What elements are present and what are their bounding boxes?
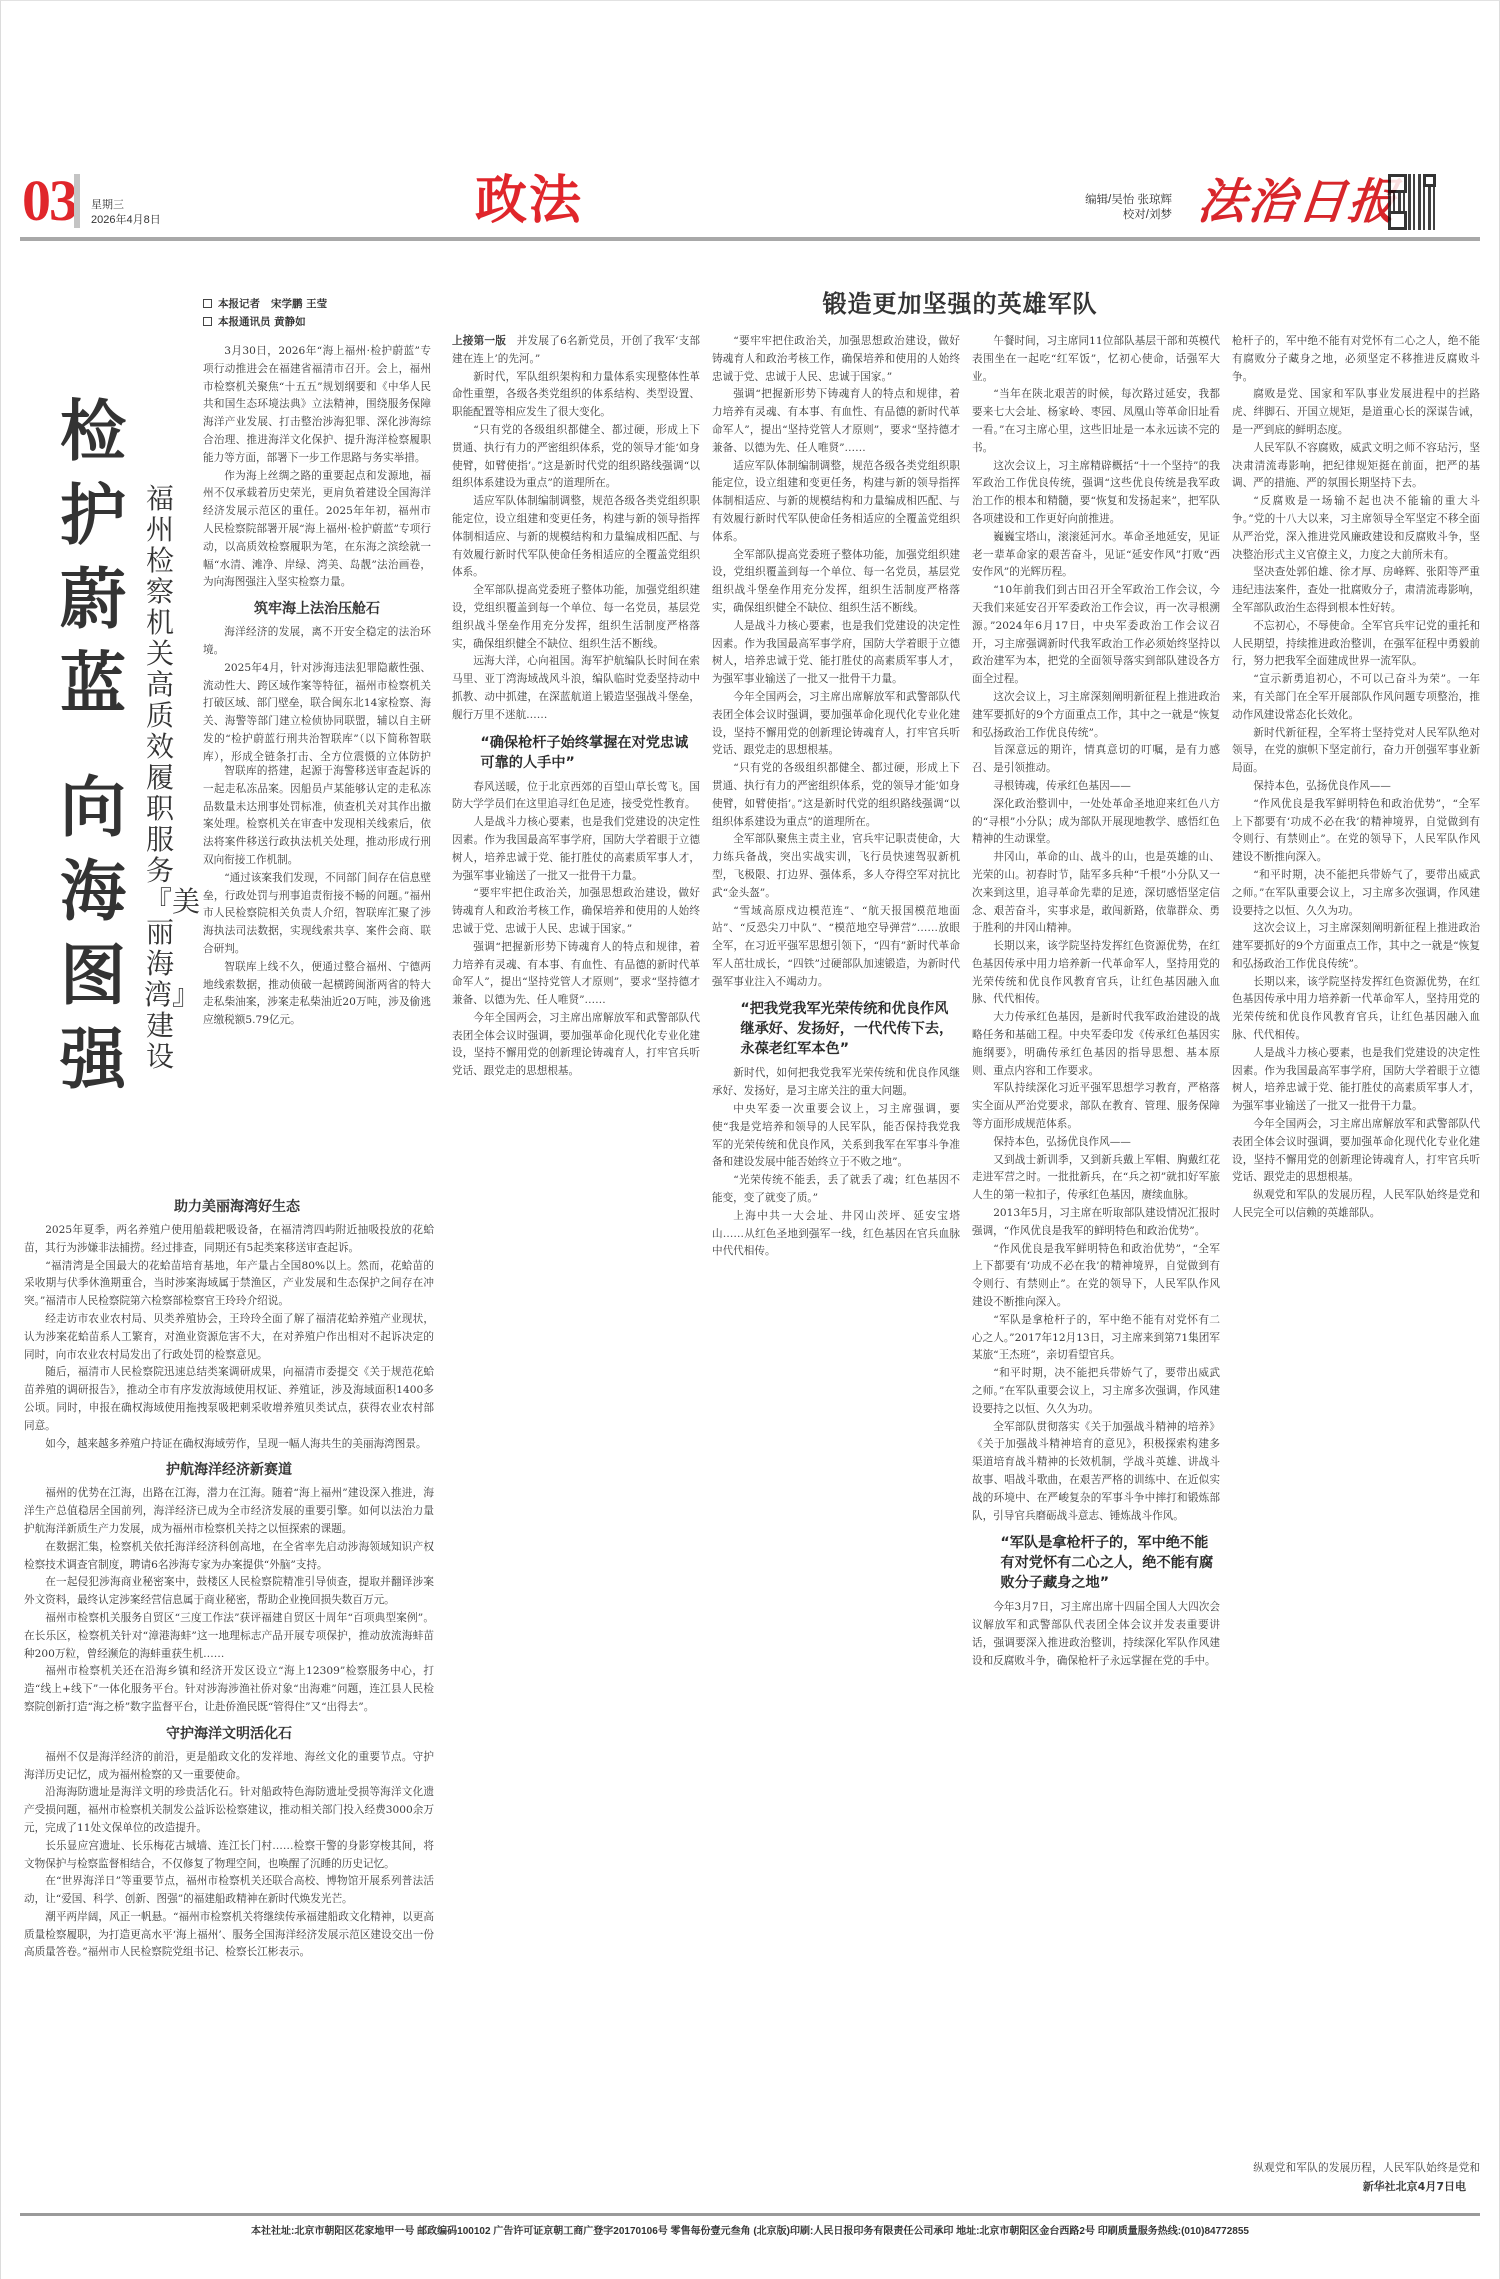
feature-column-1b: 智联库的搭建，起源于海警移送审查起诉的一起走私冻品案。因船员卢某能够认定的走私冻…	[203, 763, 431, 1183]
paragraph: 3月30日，2026年“海上福州·检护蔚蓝”专项行动推进会在福建省福清市召开。会…	[203, 343, 431, 468]
paragraph: 远海大洋，心向祖国。海军护航编队长时间在索马里、亚丁湾海域战风斗浪，编队临时党委…	[452, 653, 700, 724]
paragraph: 军队持续深化习近平强军思想学习教育，严格落实全面从严治党要求，部队在教育、管理、…	[972, 1080, 1220, 1133]
paragraph: 寻根铸魂，传承红色基因——	[972, 778, 1220, 796]
issue-date: 2026年4月8日	[91, 211, 161, 227]
imprint-footer: 本社社址:北京市朝阳区花家地甲一号 邮政编码100102 广告许可证京朝工商广登…	[20, 2222, 1480, 2237]
subhead: 守护海洋文明活化石	[24, 1721, 434, 1747]
subhead: “确保枪杆子始终掌握在对党忠诚可靠的人手中”	[452, 733, 700, 773]
paragraph: 沿海海防遗址是海洋文明的珍贵活化石。针对船政特色海防遗址受损等海洋文化遗产受损问…	[24, 1784, 434, 1837]
paragraph: 经走访市农业农村局、贝类养殖协会，王玲玲全面了解了福清花蛤养殖产业现状，认为涉案…	[24, 1311, 434, 1364]
paragraph: “军队是拿枪杆子的，军中绝不能有对党怀有二心之人。”2017年12月13日，习主…	[972, 1312, 1220, 1365]
paragraph: 福州不仅是海洋经济的前沿，更是船政文化的发祥地、海丝文化的重要节点。守护海洋历史…	[24, 1749, 434, 1785]
page-number: 03	[22, 172, 76, 230]
square-bullet-icon	[203, 317, 212, 326]
main-column-3: 午餐时间，习主席同11位部队基层干部和英模代表围坐在一起吃“红军饭”，忆初心使命…	[972, 333, 1220, 2203]
feature-headline: 检 护 蔚 蓝 向 海 图 强	[58, 390, 128, 1102]
paragraph: “和平时期，决不能把兵带娇气了，要带出威武之师。”在军队重要会议上，习主席多次强…	[972, 1365, 1220, 1418]
editors: 编辑/吴怡 张琼辉	[1032, 193, 1172, 208]
paragraph: 坚决查处郭伯雄、徐才厚、房峰辉、张阳等严重违纪违法案件，查处一批腐败分子，肃清流…	[1232, 564, 1480, 617]
paragraph: 福州的优势在江海，出路在江海，潜力在江海。随着“海上福州”建设深入推进，海洋生产…	[24, 1485, 434, 1538]
paragraph: 在“世界海洋日”等重要节点，福州市检察机关还联合高校、博物馆开展系列普法活动，让…	[24, 1873, 434, 1909]
paragraph: 长乐显应宫遗址、长乐梅花古城墙、连江长门村……检察干警的身影穿梭其间，将文物保护…	[24, 1838, 434, 1874]
subhead: 护航海洋经济新赛道	[24, 1457, 434, 1483]
paragraph: 春风送暖，位于北京西郊的百望山草长莺飞。国防大学学员们在这里追寻红色足迹，接受党…	[452, 779, 700, 815]
paragraph: 纵观党和军队的发展历程，人民军队始终是党和人民完全可以信赖的英雄部队。	[1232, 1187, 1480, 1223]
page-number-divider	[74, 174, 80, 228]
main-column-4-end: 纵观党和军队的发展历程，人民军队始终是党和人民完全可以信赖的英雄部队。 新华社北…	[1232, 2160, 1480, 2206]
paragraph: 纵观党和军队的发展历程，人民军队始终是党和人民完全可以信赖的英雄部队。	[1232, 2160, 1480, 2178]
paragraph: “和平时期，决不能把兵带娇气了，要带出威武之师。”在军队重要会议上，习主席多次强…	[1232, 867, 1480, 920]
main-column-4: 枪杆子的，军中绝不能有对党怀有二心之人，绝不能有腐败分子藏身之地，必须坚定不移推…	[1232, 333, 1480, 2203]
paragraph: 2025年4月，针对涉海违法犯罪隐蔽性强、流动性大、跨区域作案等特征，福州市检察…	[203, 660, 431, 763]
paragraph: 旨深意远的期许，情真意切的叮嘱，是有力感召、是引领推动。	[972, 742, 1220, 778]
paragraph: 这次会议上，习主席深刻阐明新征程上推进政治建军要抓好的9个方面重点工作，其中之一…	[1232, 920, 1480, 973]
paragraph: 新时代，如何把我党我军光荣传统和优良作风继承好、发扬好，是习主席关注的重大问题。	[712, 1065, 960, 1101]
paragraph: 人是战斗力核心要素，也是我们党建设的决定性因素。作为我国最高军事学府，国防大学着…	[1232, 1045, 1480, 1116]
headline-char: 强	[58, 1018, 128, 1102]
paragraph: 午餐时间，习主席同11位部队基层干部和英模代表围坐在一起吃“红军饭”，忆初心使命…	[972, 333, 1220, 386]
headline-char: 海	[58, 850, 128, 934]
paragraph: “当年在陕北艰苦的时候，每次路过延安，我都要来七大会址、杨家岭、枣园、凤凰山等革…	[972, 386, 1220, 457]
subhead: “军队是拿枪杆子的，军中绝不能有对党怀有二心之人，绝不能有腐败分子藏身之地”	[972, 1533, 1220, 1593]
paragraph: 全军部队提高党委班子整体功能，加强党组织建设，党组织覆盖到每一个单位、每一名党员…	[452, 582, 700, 653]
feature-column-2: 助力美丽海湾好生态 2025年夏季，两名养殖户使用船载耙吸设备，在福清湾四屿附近…	[24, 1190, 434, 2205]
paragraph: 上接第一版 并发展了6名新党员，开创了我军‘支部建在连上’的先河。”	[452, 333, 700, 369]
paragraph: “作风优良是我军鲜明特色和政治优势”，“全军上下都要有‘功成不必在我’的精神境界…	[1232, 796, 1480, 867]
paragraph: “作风优良是我军鲜明特色和政治优势”，“全军上下都要有‘功成不必在我’的精神境界…	[972, 1241, 1220, 1312]
paragraph: 深化政治整训中，一处处革命圣地迎来红色八方的“寻根”小分队；成为部队开展现地教学…	[972, 796, 1220, 849]
square-bullet-icon	[203, 299, 212, 308]
paragraph: 海洋经济的发展，离不开安全稳定的法治环境。	[203, 624, 431, 660]
paragraph: “要牢牢把住政治关，加强思想政治建设，做好铸魂育人和政治考核工作，确保培养和使用…	[712, 333, 960, 386]
byline-reporter: 本报记者 宋学鹏 王莹	[203, 295, 327, 313]
paragraph: “10年前我们到古田召开全军政治工作会议，今天我们来延安召开军委政治工作会议，再…	[972, 582, 1220, 689]
headline-char: 图	[58, 934, 128, 1018]
paragraph: 腐败是党、国家和军队事业发展进程中的拦路虎、绊脚石、开国立规矩，是道重心长的深谋…	[1232, 386, 1480, 439]
paragraph: 不忘初心，不辱使命。全军官兵牢记党的重托和人民期望，持续推进政治整训，在强军征程…	[1232, 618, 1480, 671]
paragraph: 上海中共一大会址、井冈山茨坪、延安宝塔山……从红色圣地到强军一线，红色基因在官兵…	[712, 1208, 960, 1261]
paragraph: 人是战斗力核心要素，也是我们党建设的决定性因素。作为我国最高军事学府，国防大学着…	[452, 814, 700, 885]
paragraph: 随后，福清市人民检察院迅速总结类案调研成果，向福清市委提交《关于规范花蛤苗养殖的…	[24, 1364, 434, 1435]
main-column-1: 上接第一版 并发展了6名新党员，开创了我军‘支部建在连上’的先河。” 新时代，军…	[452, 333, 700, 2203]
paragraph: “福清湾是全国最大的花蛤苗培育基地，年产量占全国80%以上。然而，花蛤苗的采收期…	[24, 1258, 434, 1311]
paragraph: 智联库上线不久，便通过整合福州、宁德两地线索数据，推动侦破一起横跨闽浙两省的特大…	[203, 959, 431, 1030]
paragraph: 新时代新征程，全军将士坚持党对人民军队绝对领导，在党的旗帜下坚定前行，奋力开创强…	[1232, 725, 1480, 778]
paragraph: 智联库的搭建，起源于海警移送审查起诉的一起走私冻品案。因船员卢某能够认定的走私冻…	[203, 763, 431, 870]
paragraph: 在一起侵犯涉海商业秘密案中，鼓楼区人民检察院精准引导侦查，提取并翻译涉案外文资料…	[24, 1574, 434, 1610]
masthead-rule	[20, 237, 1480, 241]
editor-credits: 编辑/吴怡 张琼辉 校对/刘梦	[1032, 193, 1172, 223]
paragraph: 今年3月7日，习主席出席十四届全国人大四次会议解放军和武警部队代表团全体会议并发…	[972, 1599, 1220, 1670]
paragraph: 全军部队聚焦主责主业，官兵牢记职责使命，大力练兵备战，突出实战实训，飞行员快速驾…	[712, 831, 960, 902]
paragraph: 福州市检察机关服务自贸区“三度工作法”获评福建自贸区十周年“百项典型案例”。在长…	[24, 1610, 434, 1663]
paragraph: 潮平两岸阔，风正一帆悬。“福州市检察机关将继续传承福建船政文化精神，以更高质量检…	[24, 1909, 434, 1962]
paragraph: “要牢牢把住政治关，加强思想政治建设，做好铸魂育人和政治考核工作，确保培养和使用…	[452, 885, 700, 938]
main-column-2: “要牢牢把住政治关，加强思想政治建设，做好铸魂育人和政治考核工作，确保培养和使用…	[712, 333, 960, 2203]
subhead: 筑牢海上法治压舱石	[203, 596, 431, 622]
headline-char: 向	[58, 766, 128, 850]
paragraph: 作为海上丝绸之路的重要起点和发源地，福州不仅承载着历史荣光，更肩负着建设全国海洋…	[203, 468, 431, 593]
main-headline: 锻造更加坚强的英雄军队	[440, 284, 1480, 324]
paragraph: “宣示新勇追初心，不可以己奋斗为荣”。一年来，有关部门在全军开展部队作风问题专项…	[1232, 671, 1480, 724]
paragraph: 又到战士新训季，又到新兵戴上军帽、胸戴红花走进军营之时。一批批新兵，在“兵之初”…	[972, 1152, 1220, 1205]
paragraph: 这次会议上，习主席深刻阐明新征程上推进政治建军要抓好的9个方面重点工作，其中之一…	[972, 689, 1220, 742]
paragraph: 中央军委一次重要会议上，习主席强调，要使“我是党培养和领导的人民军队，能否保持我…	[712, 1101, 960, 1172]
paragraph: 适应军队体制编制调整，规范各级各类党组织职能定位，设立组建和变更任务，构建与新的…	[712, 458, 960, 547]
subhead: “把我党我军光荣传统和优良作风继承好、发扬好，一代代传下去，永葆老红军本色”	[712, 999, 960, 1059]
section-title: 政法	[475, 170, 583, 232]
paragraph: “通过该案我们发现，不同部门间存在信息壁垒，行政处罚与刑事追责衔接不畅的问题。”…	[203, 870, 431, 959]
subhead: 助力美丽海湾好生态	[24, 1194, 434, 1220]
continued-from-tag: 上接第一版	[452, 335, 506, 347]
paragraph: 人民军队不容腐败，威武文明之师不容玷污，坚决肃清流毒影响，把纪律规矩挺在前面，把…	[1232, 440, 1480, 493]
feature-byline: 本报记者 宋学鹏 王莹 本报通讯员 黄静如	[203, 295, 327, 331]
paragraph: 长期以来，该学院坚持发挥红色资源优势，在红色基因传承中用力培养新一代革命军人，坚…	[1232, 974, 1480, 1045]
dateline: 新华社北京4月7日电	[1232, 2178, 1480, 2196]
paragraph: 今年全国两会，习主席出席解放军和武警部队代表团全体会议时强调，要加强革命化现代化…	[452, 1010, 700, 1081]
paragraph: 这次会议上，习主席精辟概括“十一个坚持”的我军政治工作优良传统，强调“这些优良传…	[972, 458, 1220, 529]
paragraph: 人是战斗力核心要素，也是我们党建设的决定性因素。作为我国最高军事学府，国防大学着…	[712, 618, 960, 689]
paragraph: “只有党的各级组织都健全、都过硬，形成上下贯通、执行有力的严密组织体系，党的领导…	[452, 422, 700, 493]
qr-code-icon[interactable]	[1388, 174, 1436, 230]
paragraph: “雪域高原戍边模范连”、“航天报国模范地面站”、“反恐尖刀中队”、“模范地空导弹…	[712, 903, 960, 992]
paragraph: 井冈山，革命的山、战斗的山，也是英雄的山、光荣的山。初春时节，陆军多兵种“千根”…	[972, 849, 1220, 938]
paragraph: 强调“把握新形势下铸魂育人的特点和规律，着力培养有灵魂、有本事、有血性、有品德的…	[452, 939, 700, 1010]
proofreader: 校对/刘梦	[1032, 208, 1172, 223]
byline-correspondent: 本报通讯员 黄静如	[203, 313, 327, 331]
paragraph: 枪杆子的，军中绝不能有对党怀有二心之人，绝不能有腐败分子藏身之地，必须坚定不移推…	[1232, 333, 1480, 386]
paragraph: 福州市检察机关还在沿海乡镇和经济开发区设立“海上12309”检察服务中心，打造“…	[24, 1663, 434, 1716]
paragraph: “只有党的各级组织都健全、都过硬，形成上下贯通、执行有力的严密组织体系，党的领导…	[712, 760, 960, 831]
headline-char: 蓝	[58, 642, 128, 726]
feature-column-1: 3月30日，2026年“海上福州·检护蔚蓝”专项行动推进会在福建省福清市召开。会…	[203, 343, 431, 763]
feature-subheadline: 福州检察机关高质效履职服务『美丽海湾』建设	[144, 483, 176, 1072]
footer-rule	[20, 2213, 1480, 2216]
paragraph: 今年全国两会，习主席出席解放军和武警部队代表团全体会议时强调，要加强革命化现代化…	[1232, 1116, 1480, 1187]
paragraph: 2013年5月，习主席在听取部队建设情况汇报时强调，“作风优良是我军的鲜明特色和…	[972, 1205, 1220, 1241]
paragraph: “光荣传统不能丢，丢了就丢了魂；红色基因不能变，变了就变了质。”	[712, 1172, 960, 1208]
paragraph: “反腐败是一场输不起也决不能输的重大斗争。”党的十八大以来，习主席领导全军坚定不…	[1232, 493, 1480, 564]
paragraph: 2025年夏季，两名养殖户使用船载耙吸设备，在福清湾四屿附近抽吸投放的花蛤苗，其…	[24, 1222, 434, 1258]
weekday: 星期三	[91, 196, 124, 212]
newspaper-logo: 法治日报	[1195, 174, 1401, 230]
paragraph: 新时代，军队组织架构和力量体系实现整体性革命性重塑，各级各类党组织的体系结构、类…	[452, 369, 700, 422]
paragraph: 在数据汇集，检察机关依托海洋经济科创高地，在全省率先启动涉海领域知识产权检察技术…	[24, 1539, 434, 1575]
masthead: 03 星期三 2026年4月8日 政法 编辑/吴怡 张琼辉 校对/刘梦 法治日报	[20, 170, 1480, 236]
paragraph: 巍巍宝塔山，滚滚延河水。革命圣地延安，见证老一辈革命家的艰苦奋斗，见证“延安作风…	[972, 529, 1220, 582]
headline-char: 蔚	[58, 558, 128, 642]
paragraph: 今年全国两会，习主席出席解放军和武警部队代表团全体会议时强调，要加强革命化现代化…	[712, 689, 960, 760]
paragraph: 大力传承红色基因，是新时代我军政治建设的战略任务和基础工程。中央军委印发《传承红…	[972, 1009, 1220, 1080]
paragraph: 保持本色，弘扬优良作风——	[972, 1134, 1220, 1152]
paragraph: 如今，越来越多养殖户持证在确权海域劳作，呈现一幅人海共生的美丽海湾图景。	[24, 1436, 434, 1454]
paragraph: 强调“把握新形势下铸魂育人的特点和规律，着力培养有灵魂、有本事、有血性、有品德的…	[712, 386, 960, 457]
headline-char: 检	[58, 390, 128, 474]
paragraph: 长期以来，该学院坚持发挥红色资源优势，在红色基因传承中用力培养新一代革命军人，坚…	[972, 938, 1220, 1009]
paragraph: 全军部队提高党委班子整体功能，加强党组织建设，党组织覆盖到每一个单位、每一名党员…	[712, 547, 960, 618]
paragraph: 全军部队贯彻落实《关于加强战斗精神的培养》《关于加强战斗精神培育的意见》，积极探…	[972, 1419, 1220, 1526]
headline-char: 护	[58, 474, 128, 558]
paragraph: 保持本色，弘扬优良作风——	[1232, 778, 1480, 796]
paragraph: 适应军队体制编制调整，规范各级各类党组织职能定位，设立组建和变更任务，构建与新的…	[452, 493, 700, 582]
